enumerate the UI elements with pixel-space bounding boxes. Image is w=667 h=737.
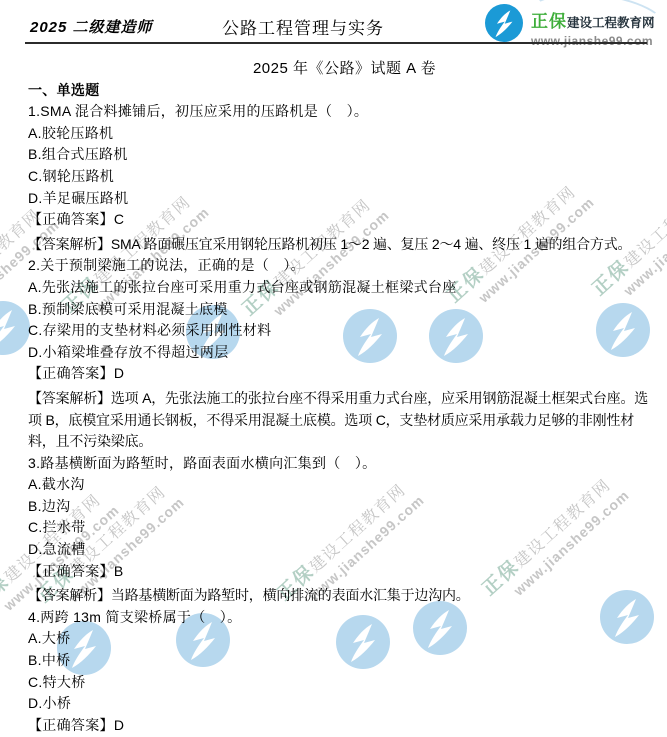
answer-line: 【正确答案】B [28, 561, 661, 583]
option-d: D.羊足碾压路机 [28, 188, 661, 210]
edition-label: 2025 二级建造师 [30, 16, 153, 37]
zhengbao-logo-icon [485, 4, 523, 42]
course-title: 公路工程管理与实务 [222, 14, 384, 39]
answer-value: C [114, 211, 124, 227]
question-1: 1.SMA 混合料摊铺后，初压应采用的压路机是（ ）。 A.胶轮压路机 B.组合… [28, 101, 661, 255]
option-c: C.存梁用的支垫材料必须采用刚性材料 [28, 320, 661, 342]
analysis-label: 【答案解析】 [28, 236, 111, 252]
brand-name-primary: 正保 [531, 12, 567, 31]
analysis-line: 【答案解析】SMA 路面碾压宜采用钢轮压路机初压 1～2 遍、复压 2～4 遍、… [28, 234, 661, 256]
exam-document-page: { "header": { "edition": "2025 二级建造师", "… [0, 0, 667, 737]
question-stem: 1.SMA 混合料摊铺后，初压应采用的压路机是（ ）。 [28, 101, 661, 123]
option-a: A.截水沟 [28, 474, 661, 496]
option-b: B.中桥 [28, 650, 661, 672]
header-divider [25, 42, 647, 44]
option-c: C.特大桥 [28, 672, 661, 694]
answer-label: 【正确答案】 [28, 563, 114, 579]
analysis-text: 选项 A，先张法施工的张拉台座不得采用重力式台座，应采用钢筋混凝土框架式台座。选… [28, 390, 648, 449]
option-c: C.钢轮压路机 [28, 166, 661, 188]
brand-block: 正保建设工程教育网 www.jianshe99.com [485, 2, 665, 44]
question-stem: 2.关于预制梁施工的说法，正确的是（ ）。 [28, 255, 661, 277]
analysis-label: 【答案解析】 [28, 390, 111, 406]
option-d: D.急流槽 [28, 539, 661, 561]
answer-value: D [114, 717, 124, 733]
option-d: D.小箱梁堆叠存放不得超过两层 [28, 342, 661, 364]
answer-line: 【正确答案】C [28, 209, 661, 231]
question-4: 4.两跨 13m 简支梁桥属于（ ）。 A.大桥 B.中桥 C.特大桥 D.小桥… [28, 607, 661, 737]
option-a: A.胶轮压路机 [28, 123, 661, 145]
answer-line: 【正确答案】D [28, 715, 661, 737]
question-3: 3.路基横断面为路堑时，路面表面水横向汇集到（ ）。 A.截水沟 B.边沟 C.… [28, 453, 661, 607]
answer-value: D [114, 365, 124, 381]
answer-value: B [114, 563, 124, 579]
page-title: 2025 年《公路》试题 A 卷 [28, 58, 661, 80]
analysis-line: 【答案解析】当路基横断面为路堑时，横向排流的表面水汇集于边沟内。 [28, 585, 661, 607]
brand-name-secondary: 建设工程教育网 [567, 16, 655, 30]
question-stem: 4.两跨 13m 简支梁桥属于（ ）。 [28, 607, 661, 629]
option-b: B.组合式压路机 [28, 144, 661, 166]
answer-label: 【正确答案】 [28, 717, 114, 733]
option-a: A.先张法施工的张拉台座可采用重力式台座或钢筋混凝土框梁式台座 [28, 277, 661, 299]
brand-website: www.jianshe99.com [531, 34, 655, 48]
answer-label: 【正确答案】 [28, 211, 114, 227]
section-heading: 一、单选题 [28, 80, 661, 102]
option-d: D.小桥 [28, 693, 661, 715]
option-c: C.拦水带 [28, 517, 661, 539]
option-b: B.边沟 [28, 496, 661, 518]
page-header: 2025 二级建造师 公路工程管理与实务 正保建设工程教育网 www.jians… [0, 0, 667, 46]
answer-line: 【正确答案】D [28, 363, 661, 385]
analysis-text: 当路基横断面为路堑时，横向排流的表面水汇集于边沟内。 [111, 587, 470, 603]
answer-label: 【正确答案】 [28, 365, 114, 381]
option-a: A.大桥 [28, 628, 661, 650]
analysis-line: 【答案解析】选项 A，先张法施工的张拉台座不得采用重力式台座，应采用钢筋混凝土框… [28, 388, 661, 453]
analysis-label: 【答案解析】 [28, 587, 111, 603]
document-body: 2025 年《公路》试题 A 卷 一、单选题 1.SMA 混合料摊铺后，初压应采… [0, 58, 667, 736]
analysis-text: SMA 路面碾压宜采用钢轮压路机初压 1～2 遍、复压 2～4 遍、终压 1 遍… [111, 236, 632, 252]
question-2: 2.关于预制梁施工的说法，正确的是（ ）。 A.先张法施工的张拉台座可采用重力式… [28, 255, 661, 452]
question-stem: 3.路基横断面为路堑时，路面表面水横向汇集到（ ）。 [28, 453, 661, 475]
option-b: B.预制梁底模可采用混凝土底模 [28, 299, 661, 321]
